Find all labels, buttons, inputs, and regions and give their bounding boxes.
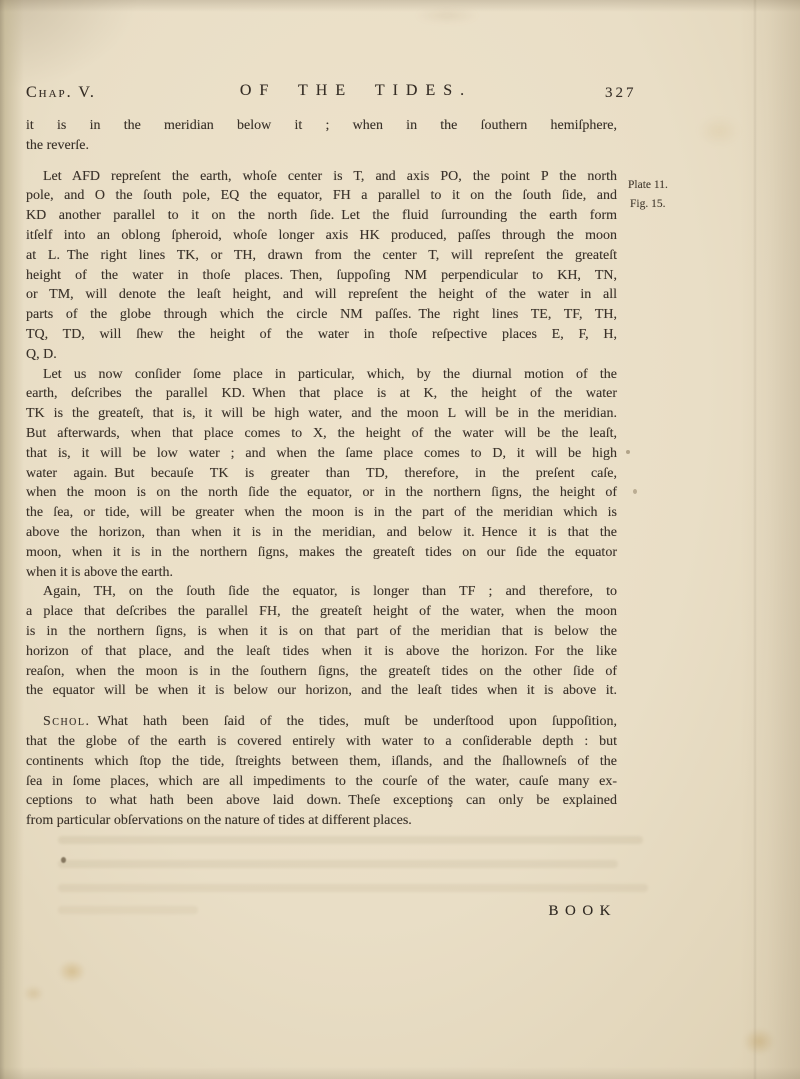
foxing-stain [23, 985, 44, 1002]
page-crease [753, 0, 757, 1079]
text-line: TQ, TD, will ſhew the height of the wate… [26, 325, 617, 345]
text-line: the ſea, or tide, will be greater when t… [26, 503, 617, 523]
page-number: 327 [605, 85, 637, 102]
text-line: TK is the greateſt, that is, it will be … [26, 404, 617, 424]
text-line: horizon of that place, and the leaſt tid… [26, 642, 617, 662]
text-line: water again. But becauſe TK is greater t… [26, 464, 617, 484]
text-line: the equator will be when it is below our… [26, 681, 617, 701]
catchword: BOOK [26, 903, 617, 920]
text-line: Schol. What hath been ſaid of the tides,… [26, 712, 617, 732]
page-edge-bottom [0, 1067, 800, 1079]
text-line: pole, and O the ſouth pole, EQ the equat… [26, 186, 617, 206]
text-line: ſea in ſome places, which are all impedi… [26, 772, 617, 792]
text-line: moon, when it is in the northern ſigns, … [26, 543, 617, 563]
paragraph: it is in the meridian below it ; when in… [26, 116, 617, 156]
chapter-label: Chap. V. [26, 84, 96, 102]
text-line: earth, deſcribes the parallel KD. When t… [26, 384, 617, 404]
binding-shadow [0, 0, 24, 1079]
text-line: or TM, will denote the leaſt height, and… [26, 285, 617, 305]
text-line: Again, TH, on the ſouth ſide the equator… [26, 582, 617, 602]
text-line: that is, it will be low water ; and when… [26, 444, 617, 464]
text-line: Let AFD repreſent the earth, whoſe cente… [26, 167, 617, 187]
foxing-stain [58, 960, 86, 983]
text-line: a place that deſcribes the parallel FH, … [26, 602, 617, 622]
page-title: OF THE TIDES. [240, 82, 472, 100]
text-line: at L. The right lines TK, or TH, drawn f… [26, 246, 617, 266]
margin-note: Plate 11. Fig. 15. [628, 176, 668, 214]
text-line: when the moon is on the north ſide the e… [26, 483, 617, 503]
text-line: reaſon, when the moon is in the ſouthern… [26, 662, 617, 682]
text-line: But afterwards, when that place comes to… [26, 424, 617, 444]
text-line: is in the northern ſigns, is when it is … [26, 622, 617, 642]
text-line: from particular obſervations on the natu… [26, 811, 617, 831]
text-line: itſelf into an oblong ſpheroid, whoſe lo… [26, 226, 617, 246]
showthrough-line [58, 860, 618, 868]
text-line: KD another parallel to it on the north ſ… [26, 206, 617, 226]
foxing-stain [743, 1028, 775, 1055]
text-line: above the horizon, than when it is in th… [26, 523, 617, 543]
text-line: it is in the meridian below it ; when in… [26, 116, 617, 136]
text-line: that the globe of the earth is covered e… [26, 732, 617, 752]
text-block: it is in the meridian below it ; when in… [26, 116, 617, 831]
book-page: Chap. V. OF THE TIDES. 327 Plate 11. Fig… [0, 0, 800, 1079]
paragraph: Schol. What hath been ſaid of the tides,… [26, 712, 617, 831]
foxing-stain [698, 116, 740, 146]
text-line: continents which ſtop the tide, ſtreight… [26, 752, 617, 772]
paragraph: Let us now conſider ſome place in partic… [26, 365, 617, 583]
foxing-stain [415, 8, 479, 23]
text-line: ceptions to what hath been above laid do… [26, 791, 617, 811]
paragraph: Let AFD repreſent the earth, whoſe cente… [26, 167, 617, 365]
text-line: when it is above the earth. [26, 563, 617, 583]
page-edge-top [0, 0, 800, 12]
page-edge-right [740, 0, 800, 1079]
margin-note-plate: Plate 11. [628, 176, 668, 195]
ink-speck [626, 450, 630, 454]
paragraph: Again, TH, on the ſouth ſide the equator… [26, 582, 617, 701]
ink-speck [61, 857, 66, 863]
ink-speck [633, 489, 637, 494]
margin-note-figure: Fig. 15. [628, 195, 668, 214]
text-line: parts of the globe through which the cir… [26, 305, 617, 325]
text-line: height of the water in thoſe places. The… [26, 266, 617, 286]
showthrough-line [58, 884, 648, 892]
text-line: the reverſe. [26, 136, 617, 156]
text-line: Let us now conſider ſome place in partic… [26, 365, 617, 385]
showthrough-line [58, 836, 643, 844]
scholium-label: Schol. [43, 714, 91, 729]
text-line: Q, D. [26, 345, 617, 365]
